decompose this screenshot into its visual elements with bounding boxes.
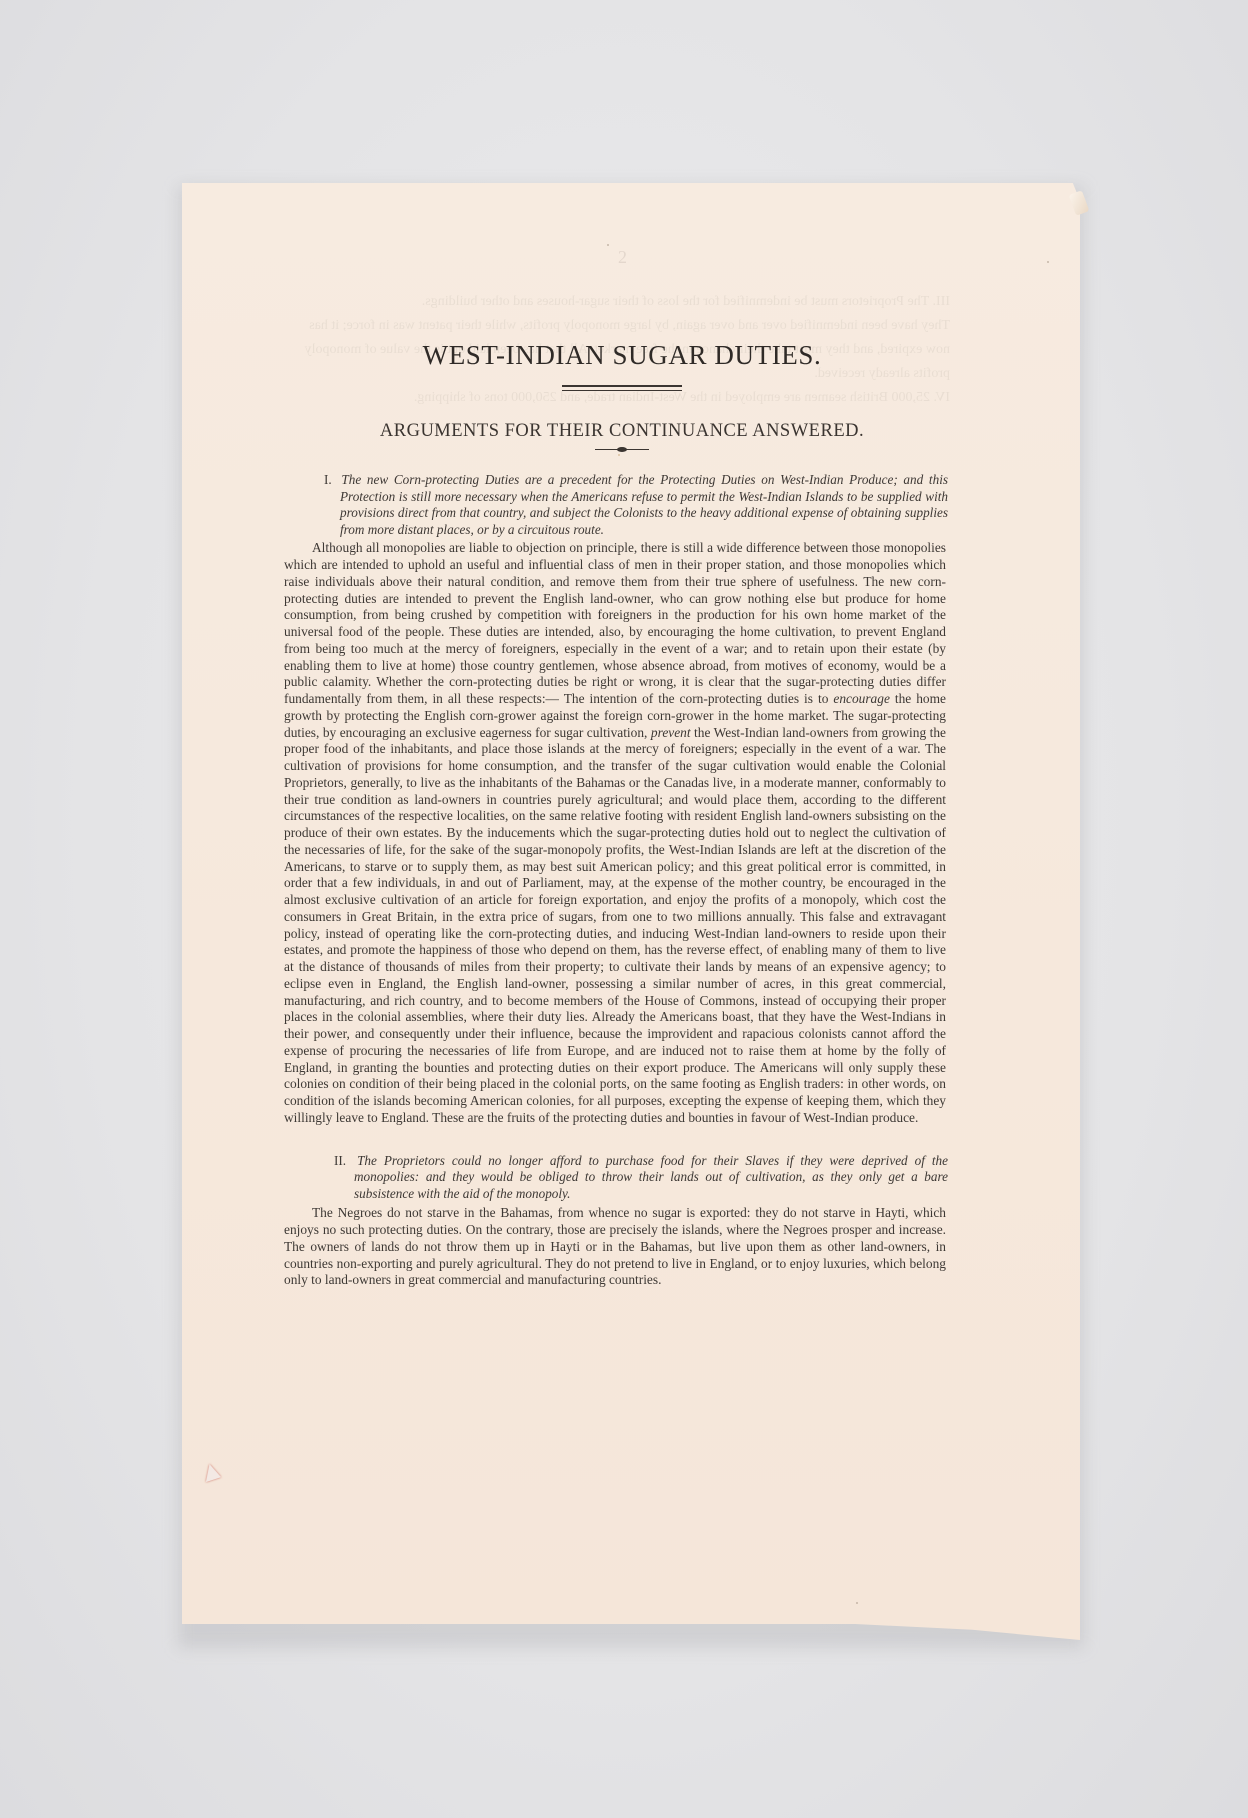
- title-double-rule: [562, 385, 682, 391]
- emphasis-text: encourage: [833, 691, 890, 706]
- section-numeral: I.: [324, 472, 332, 487]
- paper-fleck: [607, 244, 609, 246]
- emphasis-text: prevent: [651, 725, 691, 740]
- document-content: WEST-INDIAN SUGAR DUTIES. ARGUMENTS FOR …: [296, 340, 948, 1289]
- body-text: Although all monopolies are liable to ob…: [284, 540, 946, 706]
- body-text: the West-Indian land-owners from growing…: [284, 725, 946, 1125]
- section-heading-1: I. The new Corn-protecting Duties are a …: [296, 472, 948, 538]
- section-body-1: Although all monopolies are liable to ob…: [284, 540, 946, 1126]
- section-heading-text: The Proprietors could no longer afford t…: [354, 1153, 948, 1201]
- document-subtitle: ARGUMENTS FOR THEIR CONTINUANCE ANSWERED…: [296, 421, 948, 442]
- paper-fleck: [1047, 261, 1049, 263]
- paper-fleck: [856, 1602, 858, 1604]
- section-heading-2: II. The Proprietors could no longer affo…: [296, 1153, 948, 1203]
- section-numeral: II.: [334, 1153, 346, 1168]
- faint-page-number: 2: [618, 247, 627, 268]
- section-heading-text: The new Corn-protecting Duties are a pre…: [340, 472, 948, 537]
- section-body-2: The Negroes do not starve in the Bahamas…: [284, 1205, 946, 1289]
- paper-fleck: [618, 454, 620, 456]
- document-title: WEST-INDIAN SUGAR DUTIES.: [296, 340, 948, 371]
- ornament-divider: [595, 446, 649, 454]
